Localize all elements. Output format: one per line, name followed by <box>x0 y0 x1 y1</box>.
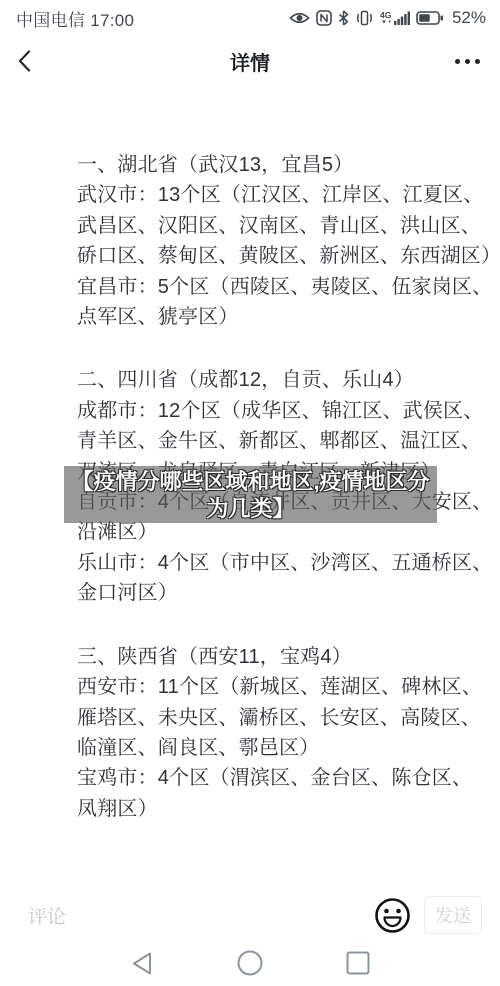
eye-protection-icon <box>289 11 310 25</box>
watermark-overlay: 【疫情分哪些区域和地区,疫情地区分 为几类】 <box>64 466 437 523</box>
vibrate-icon <box>355 10 374 26</box>
more-dots-icon <box>475 59 480 64</box>
back-chevron-icon <box>18 50 31 72</box>
comment-input[interactable]: 评论 <box>28 902 374 929</box>
more-dots-icon <box>465 59 470 64</box>
text-line: 二、四川省（成都12，自贡、乐山4） <box>77 365 480 395</box>
comment-bar: 评论 发送 <box>0 885 500 945</box>
text-line: 三、陕西省（西安11，宝鸡4） <box>77 642 480 672</box>
text-line: 雁塔区、未央区、灞桥区、长安区、高陵区、 <box>77 703 480 733</box>
send-button[interactable]: 发送 <box>424 896 482 934</box>
text-line: 武汉市：13个区（江汉区、江岸区、江夏区、 <box>77 180 480 210</box>
recents-square-icon[interactable] <box>346 951 370 975</box>
text-line: 乐山市：4个区（市中区、沙湾区、五通桥区、 <box>77 548 480 578</box>
text-line: 硚口区、蔡甸区、黄陂区、新洲区、东西湖区） <box>77 241 480 271</box>
back-button[interactable] <box>18 50 58 72</box>
nav-bar: 详情 <box>0 36 500 86</box>
home-circle-icon[interactable] <box>237 950 263 976</box>
article: 一、湖北省（武汉13，宜昌5）武汉市：13个区（江汉区、江岸区、江夏区、武昌区、… <box>0 86 500 824</box>
overlay-text-line1: 【疫情分哪些区域和地区,疫情地区分 <box>71 468 429 495</box>
text-line: 成都市：12个区（成华区、锦江区、武侯区、 <box>77 396 480 426</box>
svg-text:4G: 4G <box>380 10 392 20</box>
text-line: 一、湖北省（武汉13，宜昌5） <box>77 150 480 180</box>
text-section: 一、湖北省（武汉13，宜昌5）武汉市：13个区（江汉区、江岸区、江夏区、武昌区、… <box>77 150 480 332</box>
smiley-emoji-icon <box>374 897 411 934</box>
text-section: 三、陕西省（西安11，宝鸡4）西安市：11个区（新城区、莲湖区、碑林区、雁塔区、… <box>77 642 480 824</box>
text-line: 西安市：11个区（新城区、莲湖区、碑林区、 <box>77 672 480 702</box>
text-line: 临潼区、阎良区、鄠邑区） <box>77 733 480 763</box>
nfc-icon <box>316 10 332 26</box>
bluetooth-icon <box>338 10 349 26</box>
more-menu-button[interactable] <box>442 59 482 64</box>
text-line: 金口河区） <box>77 578 480 608</box>
phone-screen: 中国电信 17:00 4G <box>0 0 500 986</box>
android-nav-bar <box>0 940 500 986</box>
carrier-time-label: 中国电信 17:00 <box>16 6 134 31</box>
more-dots-icon <box>455 59 460 64</box>
overlay-text-line2: 为几类】 <box>206 495 294 522</box>
signal-4g-icon: 4G <box>380 10 410 26</box>
emoji-button[interactable] <box>374 897 411 934</box>
battery-icon <box>416 10 444 26</box>
text-line: 宝鸡市：4个区（渭滨区、金台区、陈仓区、 <box>77 763 480 793</box>
back-triangle-icon[interactable] <box>130 951 154 976</box>
text-line: 青羊区、金牛区、新都区、郫都区、温江区、 <box>77 426 480 456</box>
status-icons: 4G 52% <box>289 8 486 28</box>
status-bar: 中国电信 17:00 4G <box>0 0 500 36</box>
text-line: 宜昌市：5个区（西陵区、夷陵区、伍家岗区、 <box>77 272 480 302</box>
battery-percent-label: 52% <box>452 8 486 28</box>
text-line: 点军区、猇亭区） <box>77 302 480 332</box>
page-title: 详情 <box>58 47 442 76</box>
text-line: 凤翔区） <box>77 794 480 824</box>
text-line: 武昌区、汉阳区、汉南区、青山区、洪山区、 <box>77 211 480 241</box>
